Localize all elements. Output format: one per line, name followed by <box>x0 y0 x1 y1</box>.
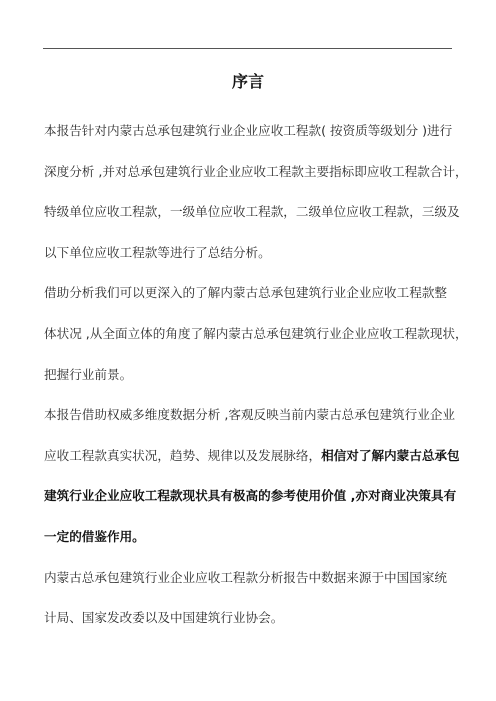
text-run: 特级单位应收工程款，一级单位应收工程款，二级单位应收工程款，三级及 <box>44 204 460 219</box>
text-line: 应收工程款真实状况，趋势、规律以及发展脉络，相信对了解内蒙古总承包 <box>44 436 456 477</box>
page-title: 序言 <box>0 71 496 93</box>
text-line: 以下单位应收工程款等进行了总结分析。 <box>44 233 456 274</box>
paragraph-value: 本报告借助权威多维度数据分析 ,客观反映当前内蒙古总承包建筑行业企业 应收工程款… <box>44 395 456 557</box>
text-run: 把握行业前景。 <box>44 367 132 382</box>
text-run: 本报告针对内蒙古总承包建筑行业企业应收工程款( 按资质等级划分 )进行 <box>44 123 452 138</box>
document-page: 序言 本报告针对内蒙古总承包建筑行业企业应收工程款( 按资质等级划分 )进行 深… <box>0 0 496 701</box>
text-line: 一定的借鉴作用。 <box>44 517 456 558</box>
text-run: 内蒙古总承包建筑行业企业应收工程款分析报告中数据来源于中国国家统 <box>44 570 447 585</box>
text-run: 体状况 ,从全面立体的角度了解内蒙古总承包建筑行业企业应收工程款现状， <box>44 326 468 341</box>
text-run: 本报告借助权威多维度数据分析 ,客观反映当前内蒙古总承包建筑行业企业 <box>44 407 455 422</box>
paragraph-scope: 本报告针对内蒙古总承包建筑行业企业应收工程款( 按资质等级划分 )进行 深度分析… <box>44 111 456 273</box>
text-line: 本报告针对内蒙古总承包建筑行业企业应收工程款( 按资质等级划分 )进行 <box>44 111 456 152</box>
bold-text-run: 相信对了解内蒙古总承包 <box>321 448 460 463</box>
text-line: 特级单位应收工程款，一级单位应收工程款，二级单位应收工程款，三级及 <box>44 192 456 233</box>
text-run: 借助分析我们可以更深入的了解内蒙古总承包建筑行业企业应收工程款整 <box>44 285 447 300</box>
text-line: 建筑行业企业应收工程款现状具有极高的参考使用价值 ,亦对商业决策具有 <box>44 476 456 517</box>
text-line: 借助分析我们可以更深入的了解内蒙古总承包建筑行业企业应收工程款整 <box>44 273 456 314</box>
paragraph-sources: 内蒙古总承包建筑行业企业应收工程款分析报告中数据来源于中国国家统 计局、国家发改… <box>44 558 456 639</box>
text-run: 计局、国家发改委以及中国建筑行业协会。 <box>44 610 283 625</box>
text-run: 应收工程款真实状况，趋势、规律以及发展脉络， <box>44 448 321 463</box>
text-run: 深度分析 ,并对总承包建筑行业企业应收工程款主要指标即应收工程款合计， <box>44 164 468 179</box>
bold-text-run: 建筑行业企业应收工程款现状具有极高的参考使用价值 ,亦对商业决策具有 <box>44 488 456 503</box>
header-rule <box>43 48 452 49</box>
text-line: 本报告借助权威多维度数据分析 ,客观反映当前内蒙古总承包建筑行业企业 <box>44 395 456 436</box>
paragraph-purpose: 借助分析我们可以更深入的了解内蒙古总承包建筑行业企业应收工程款整 体状况 ,从全… <box>44 273 456 395</box>
text-line: 体状况 ,从全面立体的角度了解内蒙古总承包建筑行业企业应收工程款现状， <box>44 314 456 355</box>
text-line: 计局、国家发改委以及中国建筑行业协会。 <box>44 598 456 639</box>
bold-text-run: 一定的借鉴作用。 <box>44 529 145 544</box>
document-body: 本报告针对内蒙古总承包建筑行业企业应收工程款( 按资质等级划分 )进行 深度分析… <box>44 111 456 639</box>
text-line: 内蒙古总承包建筑行业企业应收工程款分析报告中数据来源于中国国家统 <box>44 558 456 599</box>
text-line: 深度分析 ,并对总承包建筑行业企业应收工程款主要指标即应收工程款合计， <box>44 152 456 193</box>
text-run: 以下单位应收工程款等进行了总结分析。 <box>44 245 271 260</box>
text-line: 把握行业前景。 <box>44 355 456 396</box>
